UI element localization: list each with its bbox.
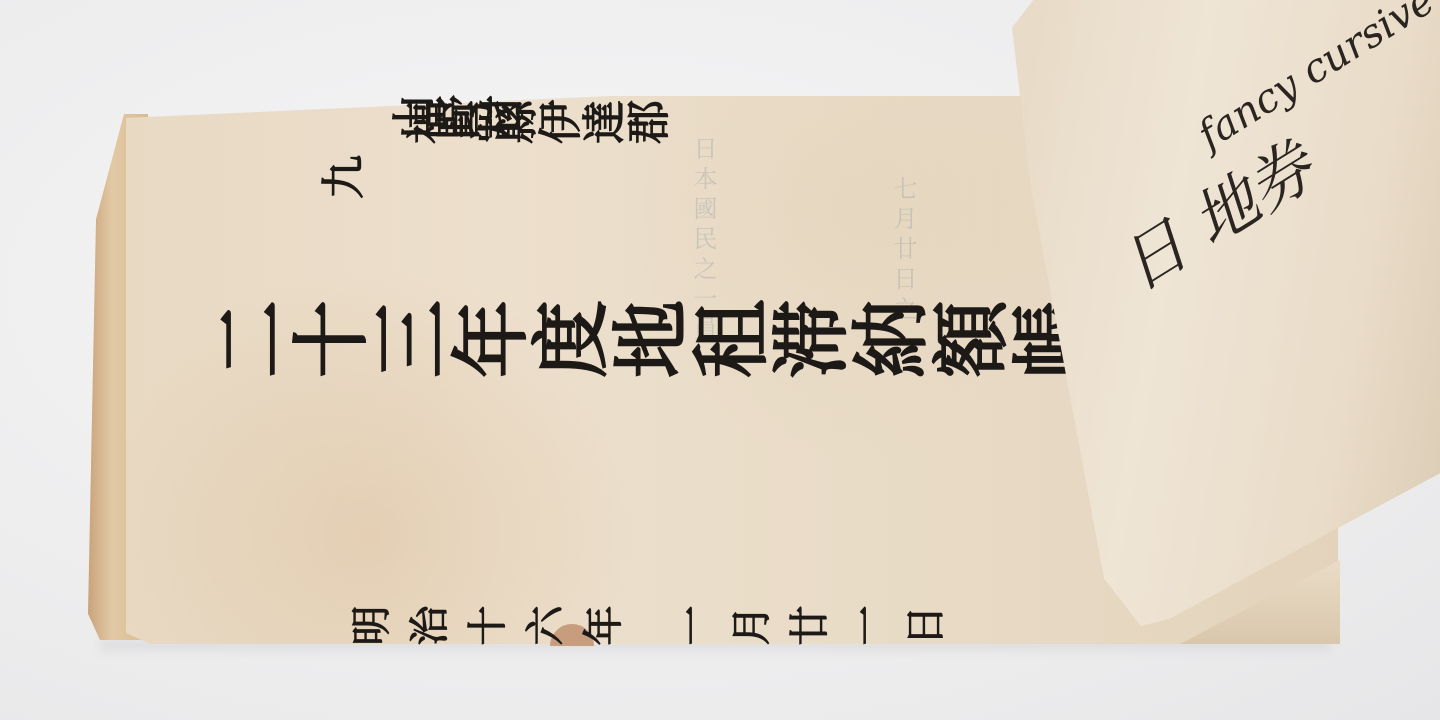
location-line-2: 山野村 — [390, 90, 590, 150]
corner-mark: 九 — [320, 150, 380, 210]
document-title: 二十三年度地租滞納額帳 — [210, 290, 1110, 390]
date-column: 明治十六年 一月廿一日 — [350, 600, 990, 660]
